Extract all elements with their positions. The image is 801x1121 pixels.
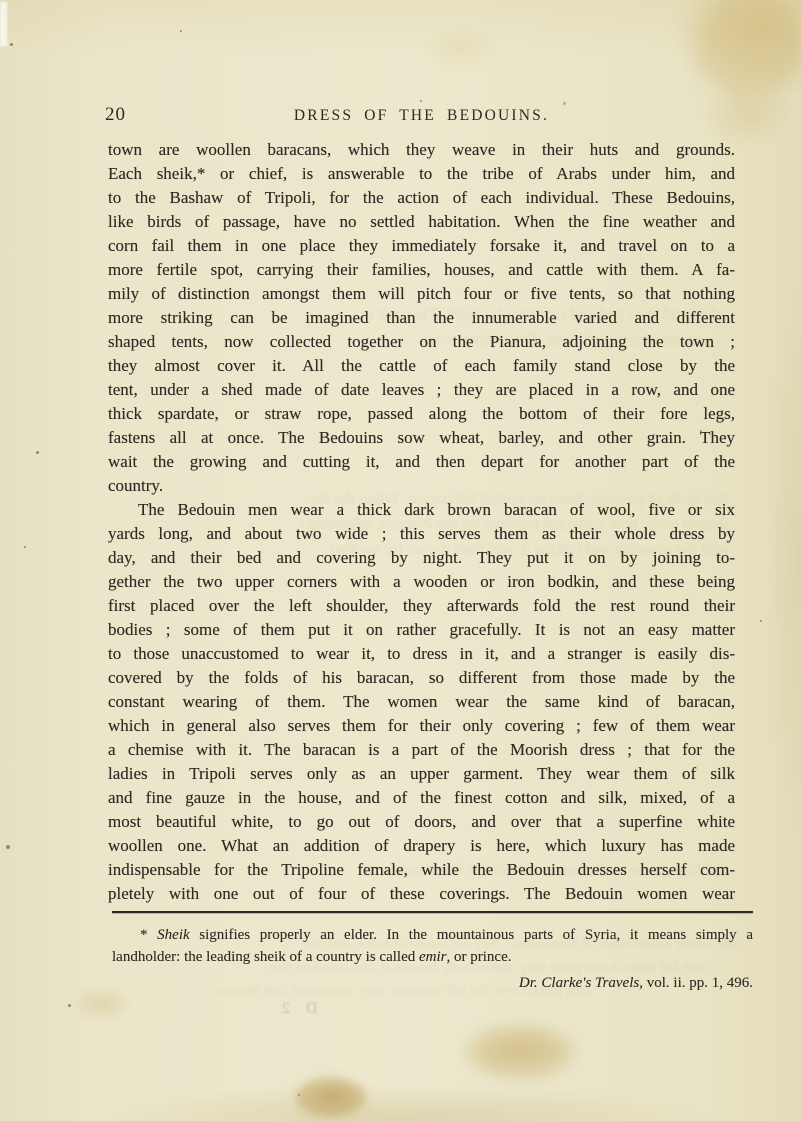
page-number: 20 — [105, 104, 126, 126]
body-text-line: more fertile spot, carrying their famili… — [108, 258, 735, 282]
footnote-line: landholder: the leading sheik of a count… — [112, 946, 753, 968]
scan-edge-artifact — [0, 2, 7, 46]
body-text-line: thick spardate, or straw rope, passed al… — [108, 402, 735, 426]
body-text-line: tent, under a shed made of date leaves ;… — [108, 378, 735, 402]
footnote-line: * Sheik signifies properly an elder. In … — [112, 924, 753, 946]
paper-stain — [695, 0, 801, 98]
paper-speck — [6, 845, 10, 849]
body-text-line: indispensable for the Tripoline female, … — [108, 858, 735, 882]
body-text: town are woollen baracans, which they we… — [108, 138, 735, 906]
paper-speck — [24, 546, 26, 548]
paper-stain — [470, 1028, 570, 1078]
book-page-scan: day, and their bed and covering by night… — [0, 0, 801, 1121]
body-text-line: and fine gauze in the house, and of the … — [108, 786, 735, 810]
body-text-line: pletely with one out of four of these co… — [108, 882, 735, 906]
signature-mark: D 2 — [276, 1000, 318, 1018]
paper-speck — [563, 102, 566, 105]
paper-speck — [760, 620, 762, 622]
body-text-line: gether the two upper corners with a wood… — [108, 570, 735, 594]
body-text-line: wait the growing and cutting it, and the… — [108, 450, 735, 474]
body-text-line: yards long, and about two wide ; this se… — [108, 522, 735, 546]
footnote: * Sheik signifies properly an elder. In … — [112, 924, 753, 994]
body-text-line: more striking can be imagined than the i… — [108, 306, 735, 330]
running-title: DRESS OF THE BEDOUINS. — [108, 102, 735, 125]
footnote-citation: Dr. Clarke's Travels, vol. ii. pp. 1, 49… — [112, 972, 753, 994]
paper-speck — [68, 1004, 71, 1007]
body-text-line: Each sheik,* or chief, is answerable to … — [108, 162, 735, 186]
body-text-line: woollen one. What an addition of drapery… — [108, 834, 735, 858]
body-text-line: to the Bashaw of Tripoli, for the action… — [108, 186, 735, 210]
body-text-line: town are woollen baracans, which they we… — [108, 138, 735, 162]
footnote-rule — [112, 911, 753, 913]
paper-speck — [10, 43, 13, 46]
body-text-line: most beautiful white, to go out of doors… — [108, 810, 735, 834]
body-text-line: corn fail them in one place they immedia… — [108, 234, 735, 258]
body-text-line: bodies ; some of them put it on rather g… — [108, 618, 735, 642]
body-text-line: first placed over the left shoulder, the… — [108, 594, 735, 618]
paper-speck — [700, 430, 702, 432]
body-text-line: mily of distinction amongst them will pi… — [108, 282, 735, 306]
paper-speck — [420, 100, 422, 102]
body-text-line: shaped tents, now collected together on … — [108, 330, 735, 354]
body-text-line: The Bedouin men wear a thick dark brown … — [108, 498, 735, 522]
body-text-line: to those unaccustomed to wear it, to dre… — [108, 642, 735, 666]
footnote-lines: * Sheik signifies properly an elder. In … — [112, 924, 753, 968]
body-text-line: they almost cover it. All the cattle of … — [108, 354, 735, 378]
body-text-line: country. — [108, 474, 735, 498]
body-text-line: which in general also serves them for th… — [108, 714, 735, 738]
running-head: 20 DRESS OF THE BEDOUINS. — [108, 102, 735, 130]
body-text-line: covered by the folds of his baracan, so … — [108, 666, 735, 690]
paper-speck — [180, 30, 182, 32]
body-text-line: fastens all at once. The Bedouins sow wh… — [108, 426, 735, 450]
paper-speck — [298, 1094, 300, 1096]
body-text-line: like birds of passage, have no settled h… — [108, 210, 735, 234]
paper-speck — [36, 451, 39, 454]
paper-stain — [295, 1078, 365, 1118]
body-text-line: day, and their bed and covering by night… — [108, 546, 735, 570]
body-text-line: a chemise with it. The baracan is a part… — [108, 738, 735, 762]
body-text-line: ladies in Tripoli serves only as an uppe… — [108, 762, 735, 786]
body-text-line: constant wearing of them. The women wear… — [108, 690, 735, 714]
